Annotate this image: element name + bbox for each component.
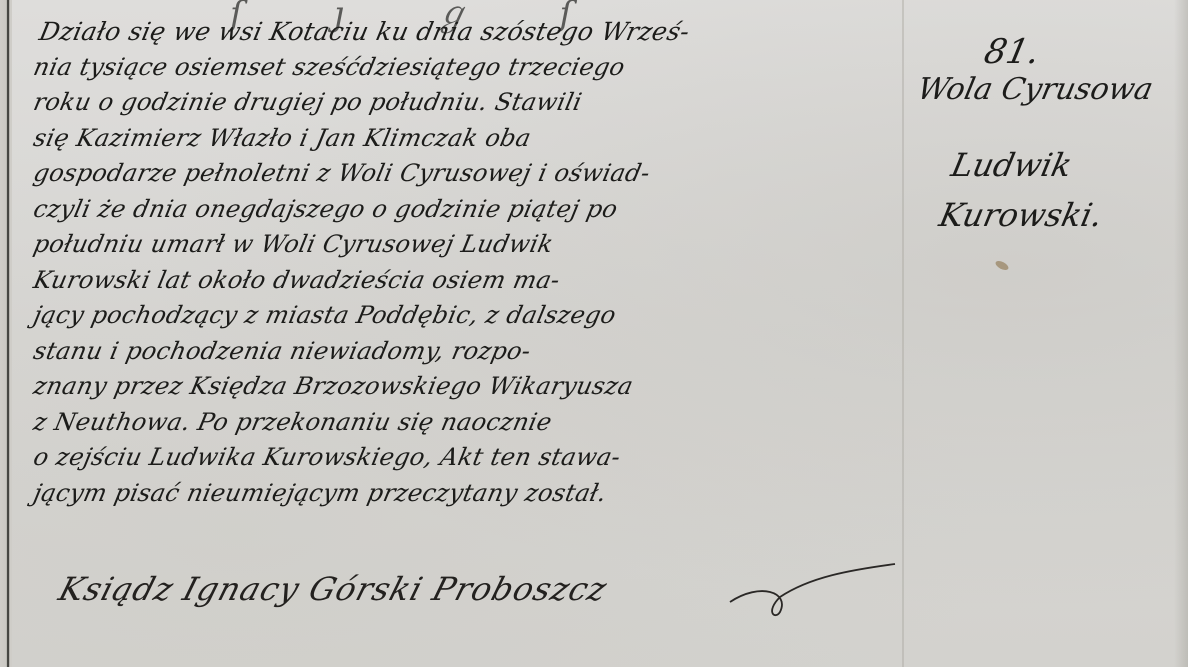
- record-line: czyli że dnia onegdajszego o godzinie pi…: [30, 192, 918, 228]
- binding-margin-rule: [0, 0, 12, 667]
- record-line: jący pochodzący z miasta Poddębic, z dal…: [30, 298, 918, 334]
- record-body: Działo się we wsi Kotaciu ku dnia szóste…: [30, 14, 910, 511]
- page-edge-shadow: [1174, 0, 1188, 667]
- record-line: roku o godzinie drugiej po południu. Sta…: [30, 85, 918, 121]
- signature-flourish-icon: [720, 562, 900, 622]
- margin-village: Wola Cyrusowa: [914, 72, 1156, 107]
- record-line: znany przez Księdza Brzozowskiego Wikary…: [30, 369, 918, 405]
- act-number: 81.: [981, 32, 1044, 72]
- record-line: Działo się we wsi Kotaciu ku dnia szóste…: [30, 14, 918, 50]
- record-line: Kurowski lat około dwadzieścia osiem ma-: [30, 263, 918, 299]
- margin-surname: Kurowski.: [936, 196, 1106, 234]
- record-line: gospodarze pełnoletni z Woli Cyrusowej i…: [30, 156, 918, 192]
- document-page: ſ ȷ ℊ ſ Działo się we wsi Kotaciu ku dni…: [0, 0, 1188, 667]
- record-line: stanu i pochodzenia niewiadomy, rozpo-: [30, 334, 918, 370]
- record-line: jącym pisać nieumiejącym przeczytany zos…: [30, 476, 918, 512]
- priest-signature: Ksiądz Ignacy Górski Proboszcz: [55, 570, 612, 608]
- record-line: nia tysiące osiemset sześćdziesiątego tr…: [30, 50, 918, 86]
- record-line: o zejściu Ludwika Kurowskiego, Akt ten s…: [30, 440, 918, 476]
- record-line: z Neuthowa. Po przekonaniu się naocznie: [30, 405, 918, 441]
- record-line: się Kazimierz Włazło i Jan Klimczak oba: [30, 121, 918, 157]
- paper-stain: [994, 259, 1010, 272]
- record-line: południu umarł w Woli Cyrusowej Ludwik: [30, 227, 918, 263]
- margin-given-name: Ludwik: [948, 146, 1075, 184]
